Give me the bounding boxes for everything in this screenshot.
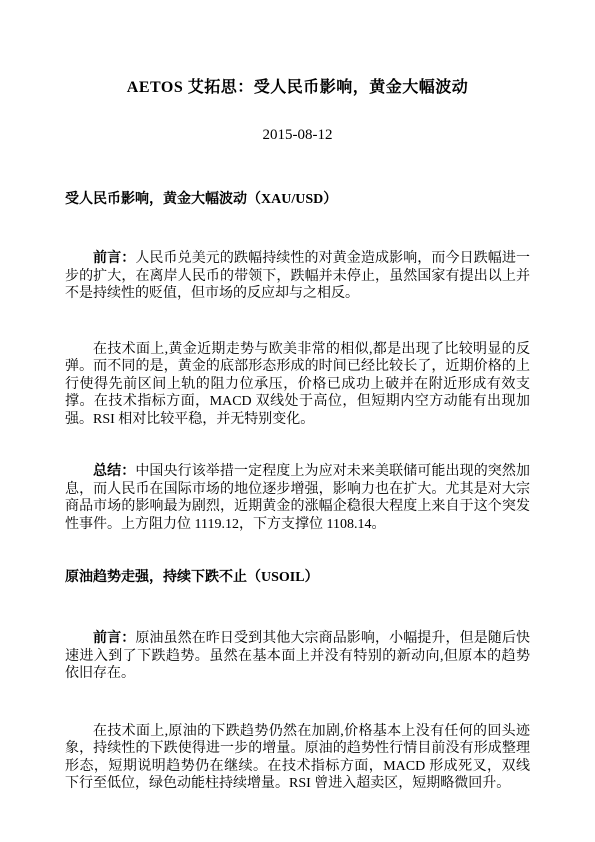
paragraph-lead-label: 前言： — [93, 631, 135, 646]
paragraph-text: 在技术面上,原油的下跌趋势仍然在加剧,价格基本上没有任何的回头迹象，持续性的下跌… — [65, 724, 530, 792]
paragraph-technical-gold: 在技术面上,黄金近期走势与欧美非常的相似,都是出现了比较明显的反弹。而不同的是，… — [65, 341, 530, 429]
paragraph-summary-gold: 总结：中国央行该举措一定程度上为应对未来美联储可能出现的突然加息，而人民币在国际… — [65, 463, 530, 533]
document-title: AETOS 艾拓思：受人民币影响，黄金大幅波动 — [65, 78, 530, 98]
section-heading-xauusd: 受人民币影响，黄金大幅波动（XAU/USD） — [65, 191, 530, 209]
paragraph-text: 原油虽然在昨日受到其他大宗商品影响，小幅提升，但是随后快速进入到了下跌趋势。虽然… — [65, 631, 530, 681]
section-heading-usoil: 原油趋势走强，持续下跌不止（USOIL） — [65, 569, 530, 587]
paragraph-foreword-gold: 前言：人民币兑美元的跌幅持续性的对黄金造成影响，而今日跌幅进一步的扩大，在离岸人… — [65, 250, 530, 303]
document-page: AETOS 艾拓思：受人民币影响，黄金大幅波动 2015-08-12 受人民币影… — [0, 0, 595, 842]
paragraph-text: 人民币兑美元的跌幅持续性的对黄金造成影响，而今日跌幅进一步的扩大，在离岸人民币的… — [65, 251, 530, 301]
paragraph-text: 在技术面上,黄金近期走势与欧美非常的相似,都是出现了比较明显的反弹。而不同的是，… — [65, 342, 530, 427]
document-date: 2015-08-12 — [65, 125, 530, 145]
paragraph-lead-label: 总结： — [93, 464, 135, 479]
paragraph-text: 中国央行该举措一定程度上为应对未来美联储可能出现的突然加息，而人民币在国际市场的… — [65, 464, 530, 532]
paragraph-lead-label: 前言： — [93, 251, 135, 266]
paragraph-technical-oil: 在技术面上,原油的下跌趋势仍然在加剧,价格基本上没有任何的回头迹象，持续性的下跌… — [65, 723, 530, 793]
paragraph-foreword-oil: 前言：原油虽然在昨日受到其他大宗商品影响，小幅提升，但是随后快速进入到了下跌趋势… — [65, 630, 530, 683]
